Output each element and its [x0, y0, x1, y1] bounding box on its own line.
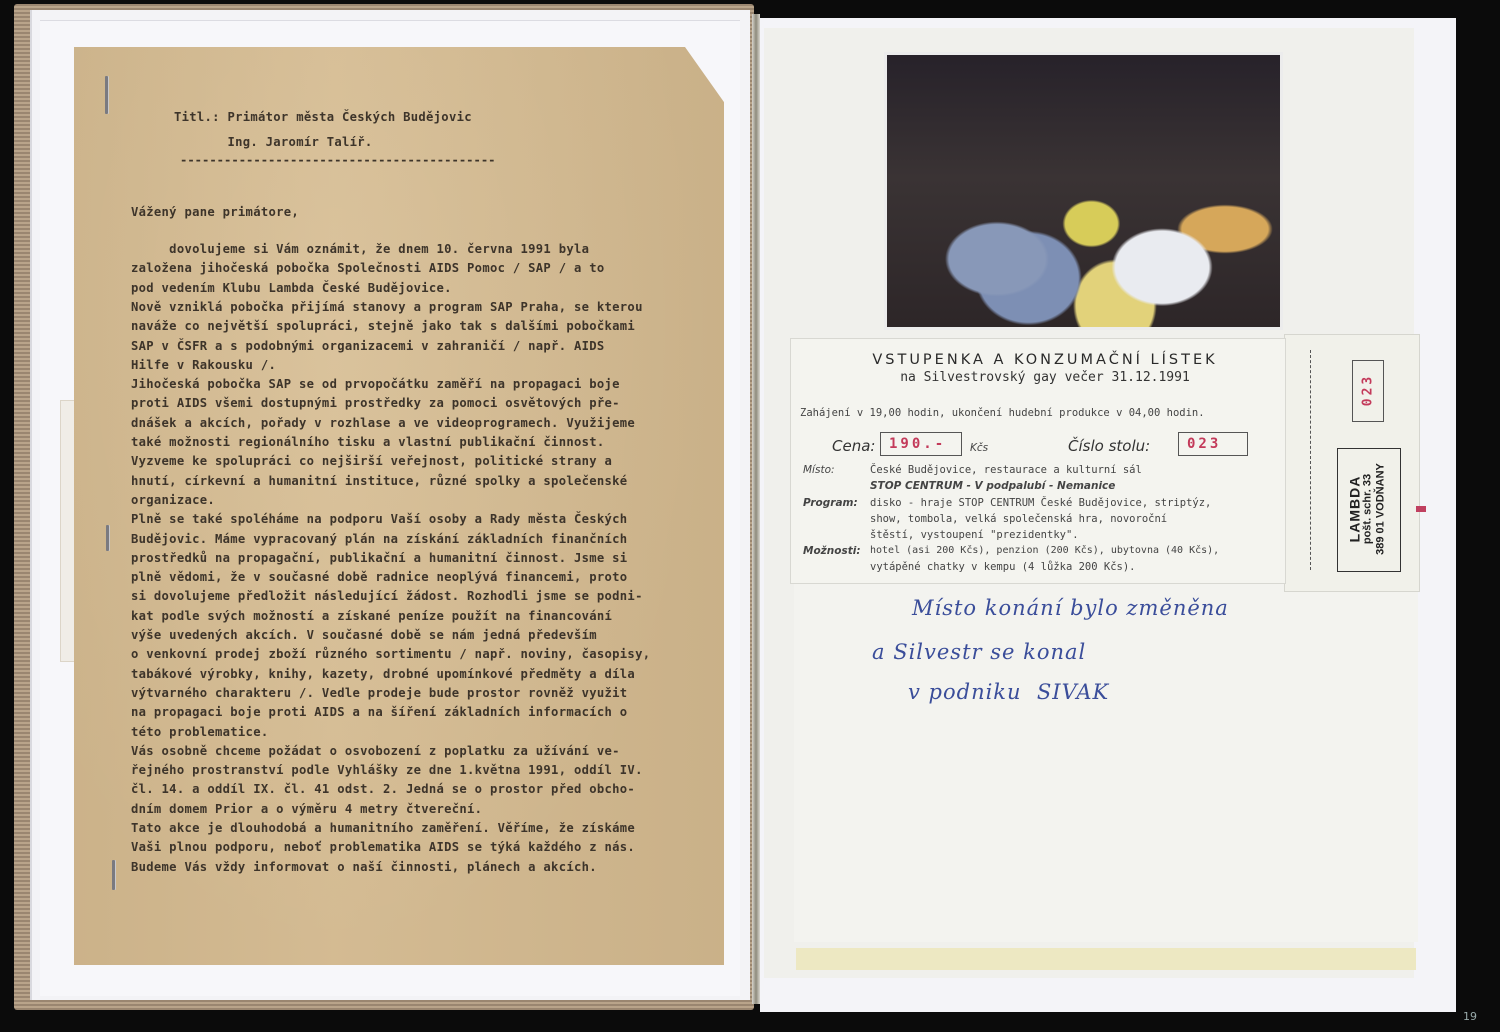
letter-line: si dovolujeme předložit následující žádo…	[131, 589, 643, 603]
letter-line: tabákové výrobky, knihy, kazety, drobné …	[131, 667, 635, 681]
ink-mark	[1416, 506, 1426, 512]
letter-line: plně vědomi, že v současné době radnice …	[131, 570, 627, 584]
letter-line: naváže co největší spolupráci, stejně ja…	[131, 319, 635, 333]
options-line-1: hotel (asi 200 Kčs), penzion (200 Kčs), …	[870, 545, 1219, 556]
letter-line: SAP v ČSFR a s podobnými organizacemi v …	[131, 339, 605, 353]
letter-line: hnutí, církevní a humanitní instituce, r…	[131, 474, 627, 488]
handwritten-note-line-1: Místo konání bylo změněna	[912, 596, 1229, 620]
letter-line: Hilfe v Rakousku /.	[131, 358, 276, 372]
letter-line: prostředků na propagační, publikační a h…	[131, 551, 627, 565]
program-label: Program:	[803, 497, 858, 509]
letter-line: Budeme Vás vždy informovat o naší činnos…	[131, 860, 597, 874]
stub-table-number: 023	[1361, 374, 1376, 406]
letter-line: Vyzveme ke spolupráci co nejširší veřejn…	[131, 454, 612, 468]
letter-line: Budějovic. Máme vypracovaný plán na získ…	[131, 532, 627, 546]
tape-strip-bottom	[796, 948, 1416, 970]
letter-line: Ing. Jaromír Talíř.	[174, 135, 373, 149]
note-page	[794, 582, 1418, 942]
stamp-line-3: 389 01 VODŇANY	[1375, 463, 1388, 555]
ticket-title: VSTUPENKA A KONZUMAČNÍ LÍSTEK	[815, 352, 1275, 368]
party-photo	[884, 52, 1283, 330]
program-line-2: show, tombola, velká společenská hra, no…	[870, 513, 1167, 525]
place-label: Místo:	[803, 464, 835, 476]
letter-line: dnášek a akcích, pořady v rozhlase a ve …	[131, 416, 635, 430]
letter-line: čl. 14. a oddíl IX. čl. 41 odst. 2. Jedn…	[131, 782, 635, 796]
ticket-times: Zahájení v 19,00 hodin, ukončení hudební…	[800, 407, 1205, 419]
letter-line: dovolujeme si Vám oznámit, že dnem 10. č…	[131, 242, 589, 256]
letter-line: řejného prostranství podle Vyhlášky ze d…	[131, 763, 643, 777]
table-label: Číslo stolu:	[1068, 437, 1150, 455]
letter-line: výše uvedených akcích. V současné době s…	[131, 628, 597, 642]
price-currency: Kčs	[970, 442, 988, 454]
options-line-2: vytápěné chatky v kempu (4 lůžka 200 Kčs…	[870, 561, 1136, 573]
stamp-line-1: LAMBDA	[1349, 463, 1362, 555]
table-number: 023	[1178, 432, 1248, 456]
handwritten-note-line-2: a Silvestr se konal	[872, 640, 1086, 664]
letter-line: založena jihočeská pobočka Společnosti A…	[131, 261, 605, 275]
handwritten-note-line-3: v podniku SIVAK	[908, 680, 1109, 704]
letter-line: Titl.: Primátor města Českých Budějovic	[174, 110, 472, 124]
letter-line: ----------------------------------------…	[180, 153, 496, 167]
letter-line: kat podle svých možností a získané peníz…	[131, 609, 612, 623]
place-line-2: STOP CENTRUM - V podpalubí - Nemanice	[870, 480, 1115, 492]
program-line-1: disko - hraje STOP CENTRUM České Budějov…	[870, 497, 1211, 509]
letter-line: této problematice.	[131, 725, 268, 739]
place-line-1: České Budějovice, restaurace a kulturní …	[870, 464, 1142, 476]
letter-line: Vážený pane primátore,	[131, 205, 299, 219]
ticket-subtitle: na Silvestrovský gay večer 31.12.1991	[815, 370, 1275, 385]
letter-line: organizace.	[131, 493, 215, 507]
ghost-text	[834, 782, 1182, 794]
price-label: Cena:	[832, 437, 875, 455]
program-line-3: štěstí, vystoupení "prezidentky".	[870, 529, 1079, 541]
book-gutter	[752, 14, 760, 1004]
letter-line: na propagaci boje proti AIDS a na šíření…	[131, 705, 627, 719]
page-number: 19	[1463, 1010, 1477, 1023]
letter-line: také možnosti regionálního tisku a vlast…	[131, 435, 605, 449]
options-label: Možnosti:	[803, 545, 861, 557]
staple-icon	[105, 76, 108, 114]
letter-line: o venkovní prodej zboží různého sortimen…	[131, 647, 650, 661]
staple-icon	[106, 525, 109, 551]
stamp-line-2: pošt. schr. 33	[1362, 463, 1375, 555]
letter-line: výtvarného charakteru /. Vedle prodeje b…	[131, 686, 627, 700]
letter-line: proti AIDS všemi dostupnými prostředky z…	[131, 396, 620, 410]
lambda-stamp: LAMBDA pošt. schr. 33 389 01 VODŇANY	[1349, 463, 1388, 555]
price-value: 190.-	[880, 432, 962, 456]
letter-line: pod vedením Klubu Lambda České Budějovic…	[131, 281, 452, 295]
letter-line: dním domem Prior a o výměru 4 metry čtve…	[131, 802, 482, 816]
letter-line: Vás osobně chceme požádat o osvobození z…	[131, 744, 620, 758]
typewritten-letter: Titl.: Primátor města Českých Budějovic …	[74, 47, 724, 965]
letter-line: Jihočeská pobočka SAP se od prvopočátku …	[131, 377, 620, 391]
letter-line: Plně se také spoléháme na podporu Vaší o…	[131, 512, 627, 526]
letter-line: Nově vzniklá pobočka přijímá stanovy a p…	[131, 300, 643, 314]
perforation-line	[1310, 350, 1311, 570]
letter-line: Vaši plnou podporu, neboť problematika A…	[131, 840, 635, 854]
letter-line: Tato akce je dlouhodobá a humanitního za…	[131, 821, 635, 835]
staple-icon	[112, 860, 115, 890]
